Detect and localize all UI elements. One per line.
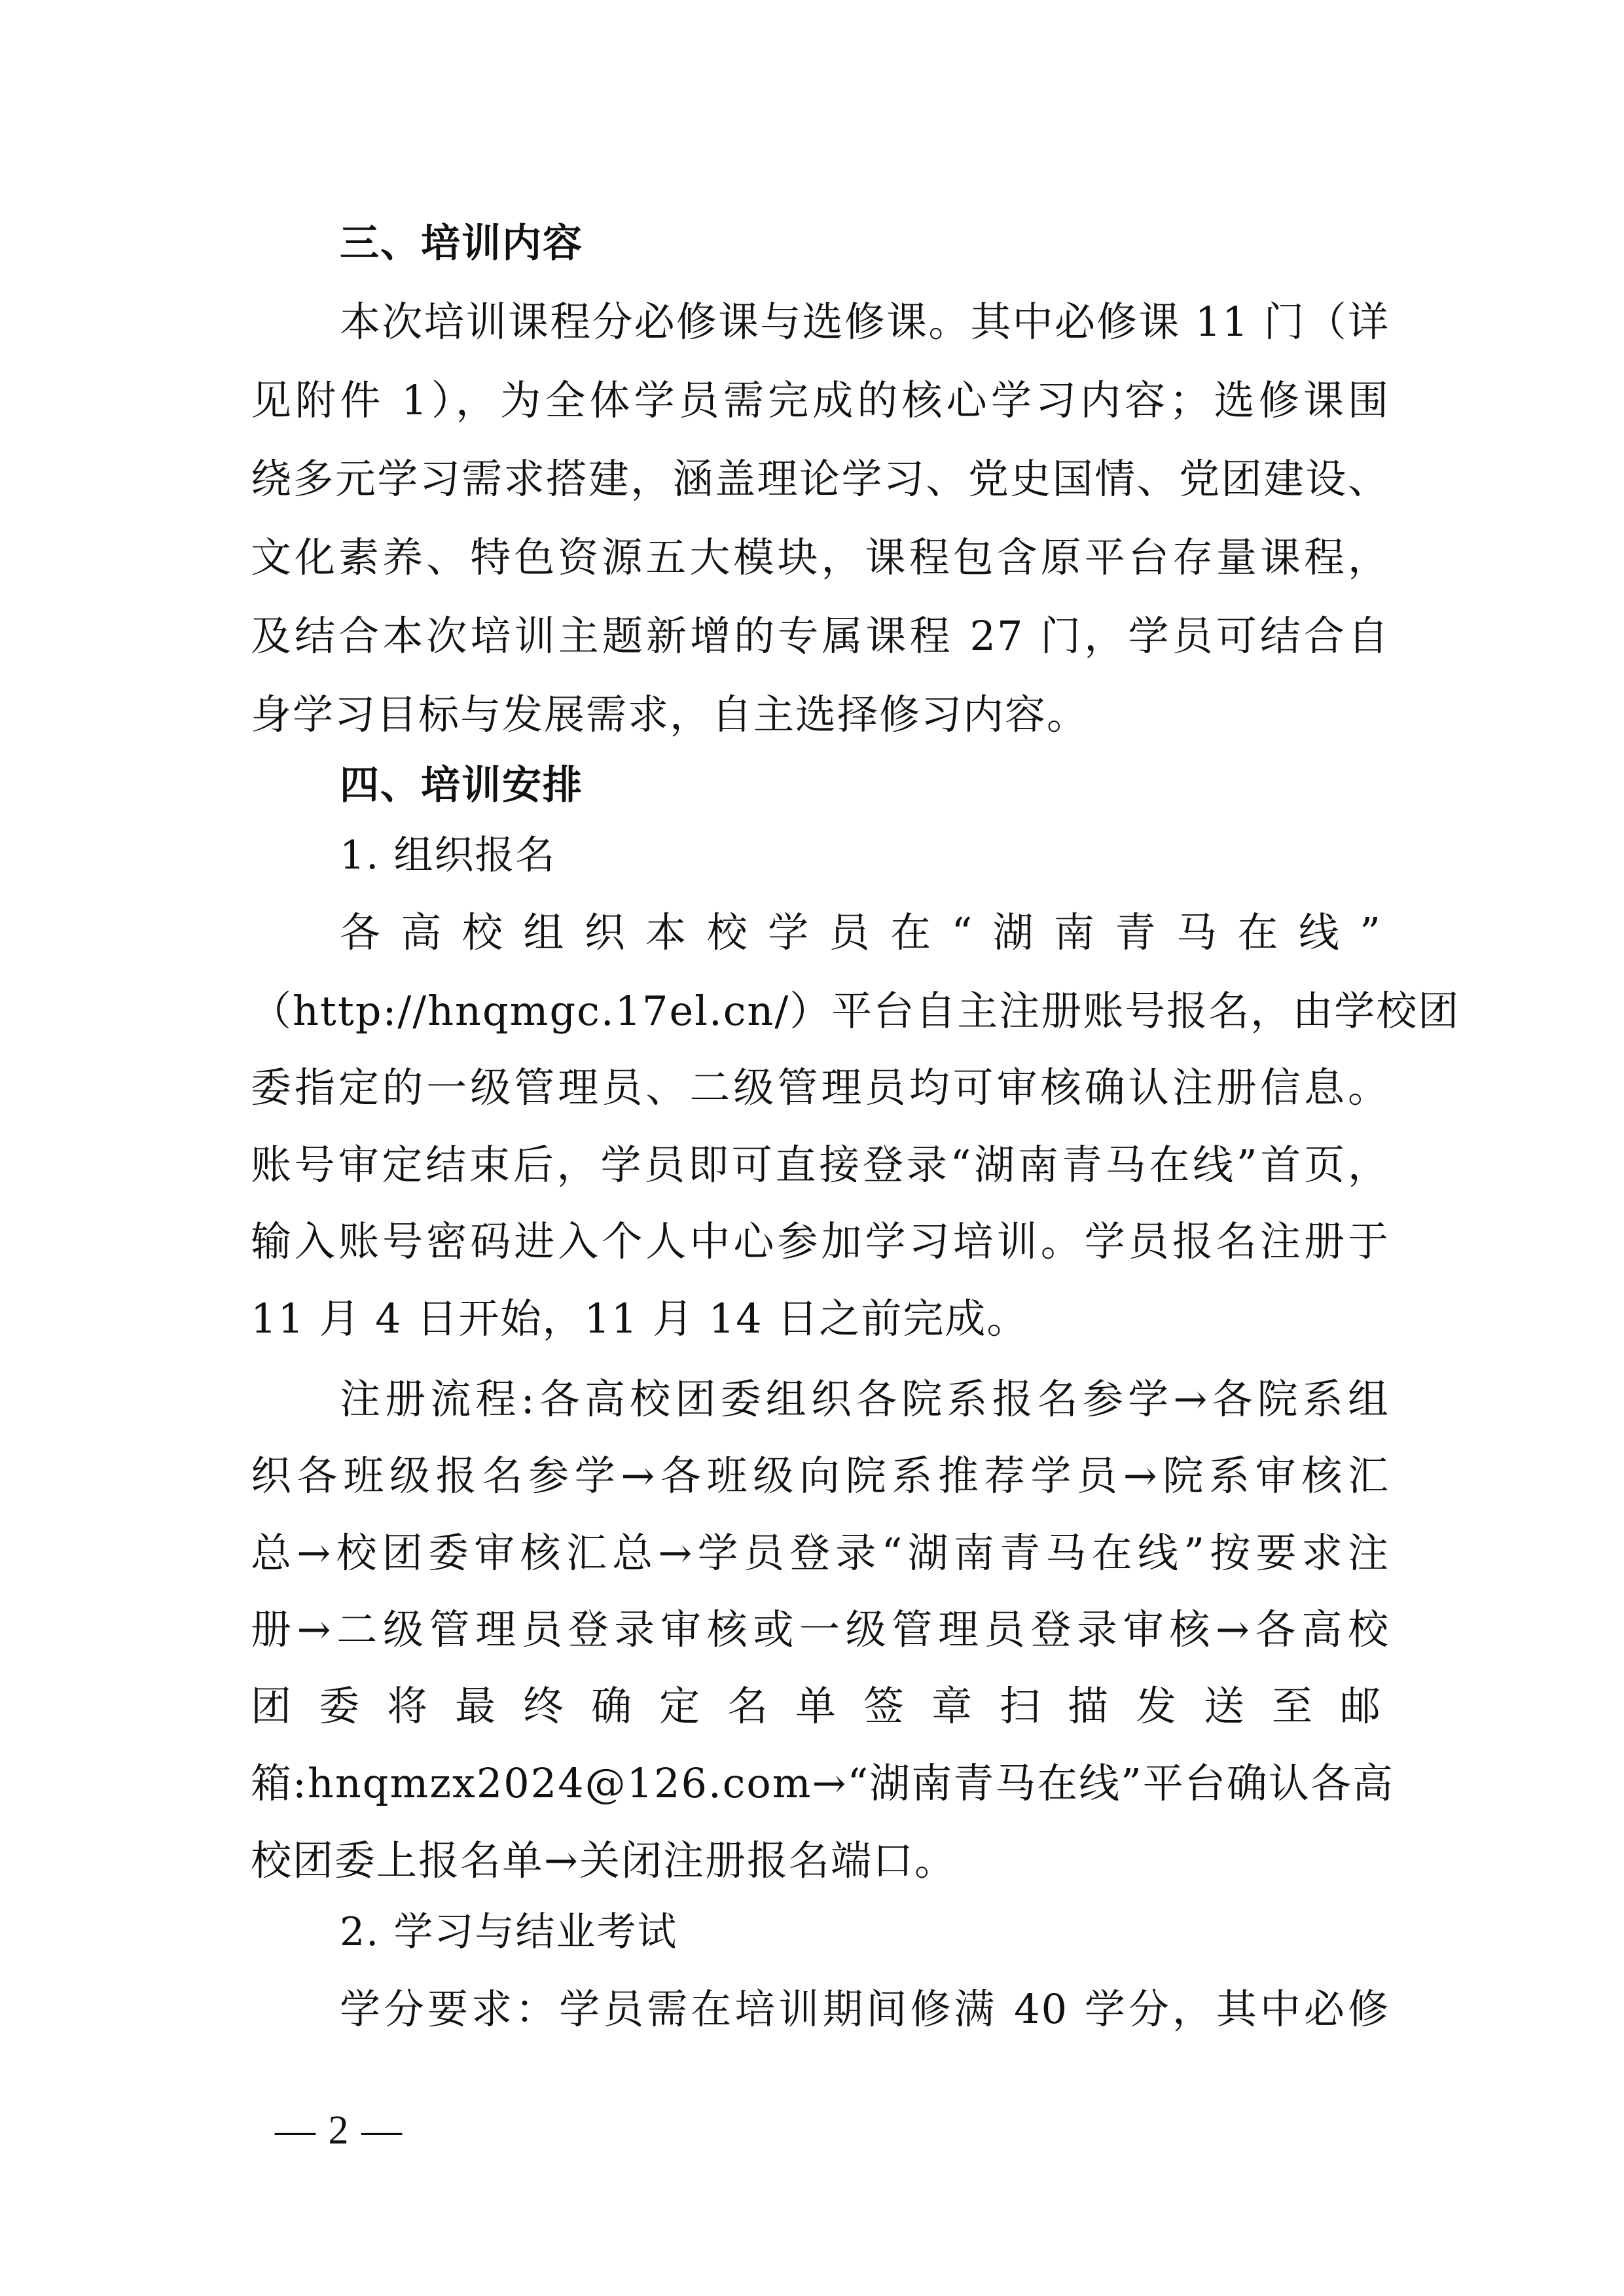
- paragraph-line: 文化素养、特色资源五大模块，课程包含原平台存量课程，: [251, 518, 1390, 597]
- paragraph-line: （http://hnqmgc.17el.cn/）平台自主注册账号报名，由学校团: [251, 972, 1390, 1050]
- paragraph-line: 身学习目标与发展需求，自主选择修习内容。: [251, 675, 1390, 754]
- paragraph-line: 学分要求：学员需在培训期间修满 40 学分，其中必修: [340, 1970, 1390, 2049]
- paragraph-line: 及结合本次培训主题新增的专属课程 27 门，学员可结合自: [251, 597, 1390, 675]
- paragraph-line: 11 月 4 日开始，11 月 14 日之前完成。: [251, 1280, 1390, 1358]
- paragraph-line: 委指定的一级管理员、二级管理员均可审核确认注册信息。: [251, 1049, 1390, 1127]
- paragraph-line: 本次培训课程分必修课与选修课。其中必修课 11 门（详: [340, 283, 1390, 361]
- paragraph-line: 输入账号密码进入个人中心参加学习培训。学员报名注册于: [251, 1202, 1390, 1281]
- paragraph-line: 校团委上报名单→关闭注册报名端口。: [251, 1821, 1390, 1900]
- paragraph-line: 账号审定结束后，学员即可直接登录“湖南青马在线”首页，: [251, 1126, 1390, 1204]
- section-heading-training-content: 三、培训内容: [340, 204, 1479, 283]
- paragraph-line: 箱:hnqmzx2024@126.com→“湖南青马在线”平台确认各高: [251, 1744, 1390, 1823]
- paragraph-line: 注册流程:各高校团委组织各院系报名参学→各院系组: [340, 1360, 1390, 1439]
- section-heading-training-arrangement: 四、培训安排: [340, 746, 1479, 825]
- page-number: — 2 —: [275, 2091, 403, 2170]
- paragraph-line: 织各班级报名参学→各班级向院系推荐学员→院系审核汇: [251, 1437, 1390, 1515]
- paragraph-line: 册→二级管理员登录审核或一级管理员登录审核→各高校: [251, 1590, 1390, 1669]
- paragraph-line: 团委将最终确定名单签章扫描发送至邮: [251, 1667, 1390, 1746]
- document-page: 三、培训内容 本次培训课程分必修课与选修课。其中必修课 11 门（详 见附件 1…: [0, 0, 1624, 2296]
- subsection-title-registration: 1. 组织报名: [340, 816, 1479, 895]
- paragraph-line: 见附件 1），为全体学员需完成的核心学习内容；选修课围: [251, 361, 1390, 440]
- subsection-title-study-exam: 2. 学习与结业考试: [340, 1893, 1479, 1971]
- paragraph-line: 总→校团委审核汇总→学员登录“湖南青马在线”按要求注: [251, 1514, 1390, 1592]
- paragraph-line: 绕多元学习需求搭建，涵盖理论学习、党史国情、党团建设、: [251, 440, 1390, 518]
- paragraph-line: 各高校组织本校学员在“湖南青马在线”: [340, 893, 1390, 972]
